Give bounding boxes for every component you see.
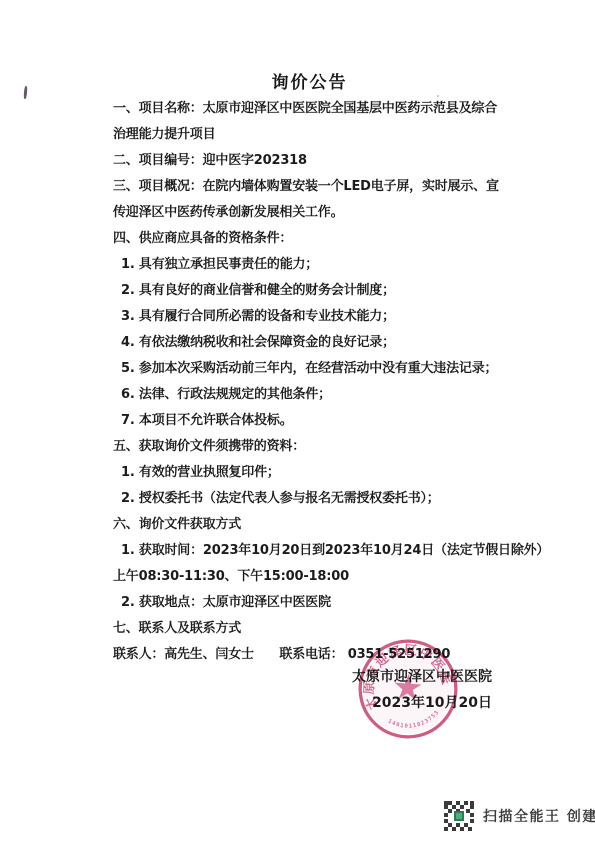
body-line: 治理能力提升项目 — [113, 122, 538, 148]
scanner-credit-label: 扫描全能王 创建 — [483, 806, 595, 826]
body-line: 一、项目名称：太原市迎泽区中医医院全国基层中医药示范县及综合 — [113, 96, 538, 122]
body-line: 1. 获取时间：2023年10月20日到2023年10月24日（法定节假日除外） — [113, 538, 538, 564]
body-line: 传迎泽区中医药传承创新发展相关工作。 — [113, 200, 538, 226]
body-line: 2. 获取地点：太原市迎泽区中医医院 — [113, 590, 538, 616]
camscanner-qr-icon — [444, 801, 474, 831]
body-line: 2. 具有良好的商业信誉和健全的财务会计制度； — [113, 278, 538, 304]
scanned-document-page: 询价公告 一、项目名称：太原市迎泽区中医医院全国基层中医药示范县及综合 治理能力… — [0, 0, 595, 842]
body-line: 六、询价文件获取方式 — [113, 512, 538, 538]
body-line: 二、项目编号：迎中医字202318 — [113, 148, 538, 174]
body-line: 五、获取询价文件须携带的资料： — [113, 434, 538, 460]
document-body: 一、项目名称：太原市迎泽区中医医院全国基层中医药示范县及综合 治理能力提升项目 … — [113, 96, 538, 668]
official-seal: 太原市迎泽区中医医院 1401011023753 — [352, 633, 464, 745]
scan-artifact — [437, 95, 439, 97]
scanner-credit: 扫描全能王 创建 — [444, 801, 595, 831]
body-line: 七、联系人及联系方式 — [113, 616, 538, 642]
body-line: 四、供应商应具备的资格条件： — [113, 226, 538, 252]
body-line: 3. 具有履行合同所必需的设备和专业技术能力； — [113, 304, 538, 330]
body-line: 2. 授权委托书（法定代表人参与报名无需授权委托书）； — [113, 486, 538, 512]
body-line: 6. 法律、行政法规规定的其他条件； — [113, 382, 538, 408]
body-line: 7. 本项目不允许联合体投标。 — [113, 408, 538, 434]
body-line: 4. 有依法缴纳税收和社会保障资金的良好记录； — [113, 330, 538, 356]
body-line: 三、项目概况：在院内墙体购置安装一个LED电子屏，实时展示、宣 — [113, 174, 538, 200]
scan-artifact — [23, 86, 27, 99]
body-line: 1. 有效的营业执照复印件； — [113, 460, 538, 486]
body-line: 1. 具有独立承担民事责任的能力； — [113, 252, 538, 278]
body-line: 上午08:30-11:30、下午15:00-18:00 — [113, 564, 538, 590]
document-title: 询价公告 — [12, 68, 595, 93]
body-line: 5. 参加本次采购活动前三年内，在经营活动中没有重大违法记录； — [113, 356, 538, 382]
